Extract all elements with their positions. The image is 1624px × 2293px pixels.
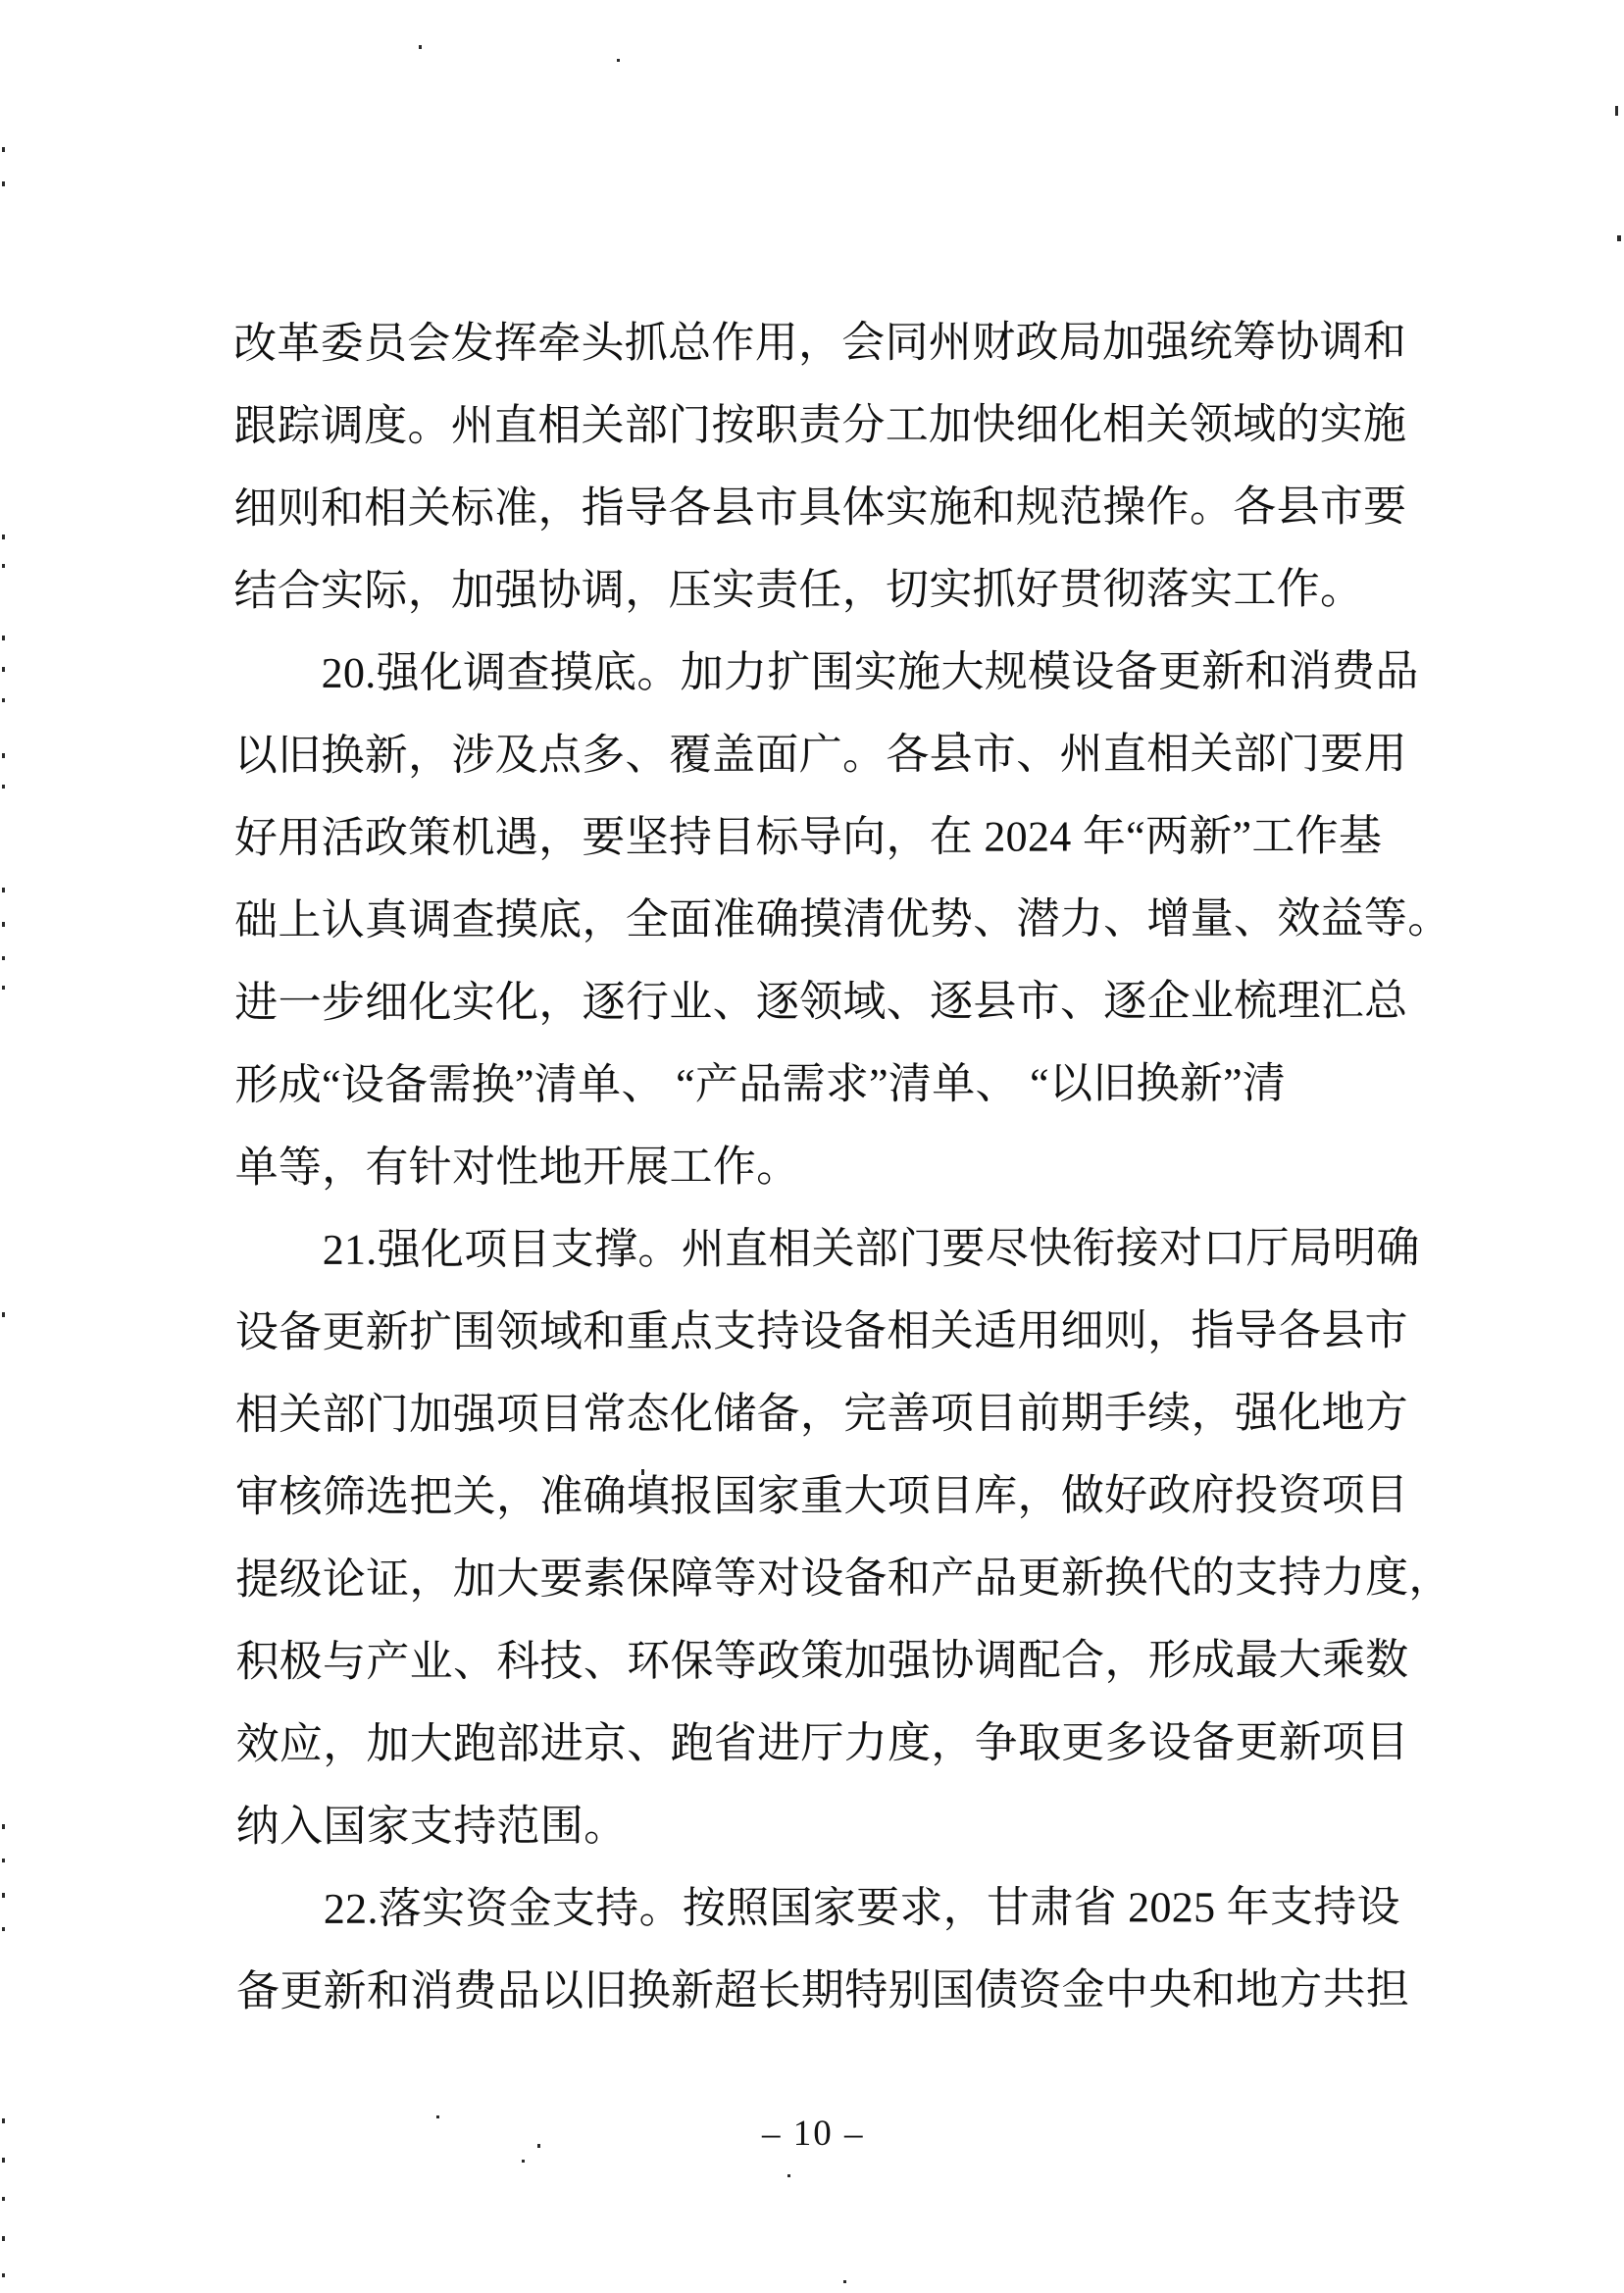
text-line: 形成“设备需换”清单、 “产品需求”清单、 “以旧换新”清 — [234, 1043, 1411, 1127]
scan-speck — [522, 2160, 525, 2163]
scan-speck — [2, 956, 5, 960]
scan-speck — [419, 45, 422, 49]
scan-speck — [2, 636, 5, 640]
scan-speck — [843, 2280, 846, 2283]
text-line: 结合实际，加强协调，压实责任，切实抓好贯彻落实工作。 — [233, 548, 1410, 633]
scan-speck — [787, 2174, 790, 2177]
scan-speck — [2, 753, 5, 758]
text-line: 单等，有针对性地开展工作。 — [234, 1125, 1411, 1209]
text-line: 21.强化项目支撑。州直相关部门要尽快衔接对口厅局明确 — [235, 1207, 1412, 1292]
text-line: 设备更新扩围领域和重点支持设备相关适用细则，指导各县市 — [235, 1290, 1412, 1374]
scan-speck — [436, 2115, 439, 2118]
scan-speck — [2, 2158, 5, 2163]
text-line: 22.落实资金支持。按照国家要求，甘肃省 2025 年支持设 — [236, 1866, 1413, 1951]
scan-speck — [537, 2144, 540, 2148]
scan-speck — [2, 2273, 5, 2277]
scan-speck — [2, 1859, 5, 1862]
scan-speck — [2, 986, 5, 990]
scan-speck — [2, 2236, 5, 2241]
scan-speck — [1617, 235, 1621, 241]
text-line: 好用活政策机遇，要坚持目标导向，在 2024 年“两新”工作基 — [234, 795, 1411, 880]
text-line: 进一步细化实化，逐行业、逐领域、逐县市、逐企业梳理汇总 — [234, 960, 1411, 1045]
text-line: 备更新和消费品以旧换新超长期特别国债资金中央和地方共担 — [236, 1949, 1413, 2033]
scan-speck — [2, 922, 5, 927]
scan-speck — [2, 1893, 5, 1898]
scan-speck — [2, 667, 5, 672]
scan-speck — [641, 1469, 644, 1475]
scan-speck — [1615, 106, 1618, 116]
scan-speck — [2, 2118, 5, 2123]
text-line: 跟踪调度。州直相关部门按职责分工加快细化相关领域的实施 — [233, 383, 1410, 468]
text-line: 提级论证，加大要素保障等对设备和产品更新换代的支持力度， — [235, 1537, 1412, 1621]
scan-speck — [2, 1312, 5, 1317]
scan-speck — [2, 1824, 5, 1829]
text-line: 相关部门加强项目常态化储备，完善项目前期手续，强化地方 — [235, 1372, 1412, 1456]
document-page: 改革委员会发挥牵头抓总作用，会同州财政局加强统筹协调和跟踪调度。州直相关部门按职… — [0, 0, 1624, 2293]
text-line: 效应，加大跑部进京、跑省进厅力度，争取更多设备更新项目 — [235, 1702, 1412, 1786]
scan-speck — [2, 785, 5, 789]
scan-speck — [2, 2197, 5, 2201]
scan-speck — [2, 698, 5, 702]
text-line: 改革委员会发挥牵头抓总作用，会同州财政局加强统筹协调和 — [233, 301, 1410, 385]
page-number: – 10 – — [762, 2115, 865, 2154]
scan-speck — [2, 147, 5, 152]
text-line: 细则和相关标准，指导各县市具体实施和规范操作。各县市要 — [233, 466, 1410, 550]
text-line: 审核筛选把关，准确填报国家重大项目库，做好政府投资项目 — [235, 1454, 1412, 1539]
scan-speck — [2, 1927, 5, 1931]
text-block: 改革委员会发挥牵头抓总作用，会同州财政局加强统筹协调和跟踪调度。州直相关部门按职… — [233, 301, 1413, 2033]
scan-speck — [2, 888, 5, 892]
text-line: 20.强化调查摸底。加力扩围实施大规模设备更新和消费品 — [234, 631, 1411, 715]
scan-speck — [2, 535, 5, 539]
text-line: 以旧换新，涉及点多、覆盖面广。各县市、州直相关部门要用 — [234, 713, 1411, 797]
scan-speck — [617, 59, 620, 62]
scan-speck — [2, 181, 5, 186]
scan-speck — [2, 564, 5, 568]
text-line: 积极与产业、科技、环保等政策加强协调配合，形成最大乘数 — [235, 1619, 1412, 1704]
scan-speck — [956, 732, 960, 736]
text-line: 础上认真调查摸底，全面准确摸清优势、潜力、增量、效益等。 — [234, 878, 1411, 962]
text-line: 纳入国家支持范围。 — [236, 1784, 1413, 1868]
